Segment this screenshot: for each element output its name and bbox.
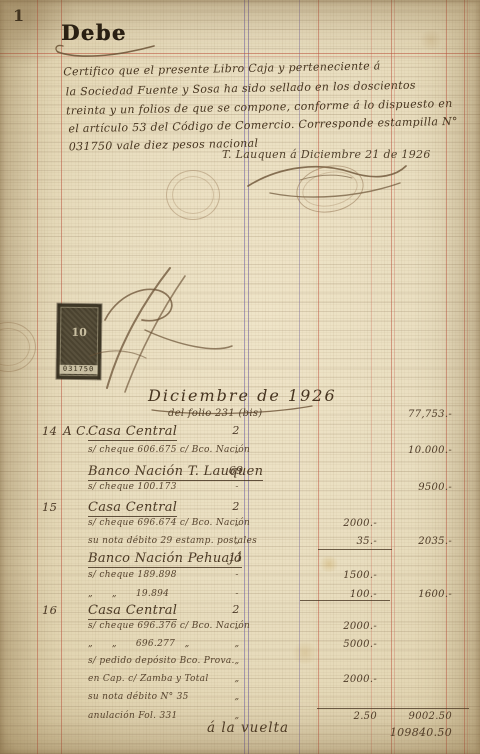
entry-folio: 69 <box>227 464 245 477</box>
ledger-row: s/ cheque 189.898 - 1500.- <box>0 570 480 588</box>
ledger-row: 14 A C. Casa Central 2 <box>0 424 480 442</box>
ledger-row: s/ cheque 100.173 - 9500.- <box>0 482 480 500</box>
certification-text: Certifico que el presente Libro Caja y p… <box>0 0 480 5</box>
entry-date: 15 <box>42 500 57 514</box>
ledger-row: s/ pedido depósito Bco. Prova. „ <box>0 656 480 674</box>
entry-amount: 35.- <box>305 536 377 547</box>
ditto-mark: „ <box>230 639 244 649</box>
entry-amount: 5000.- <box>305 639 377 650</box>
page-number: 1 <box>13 6 24 25</box>
entry-account: Casa Central <box>88 424 177 441</box>
title-flourish <box>52 40 167 60</box>
ledger-row: s/ cheque 696.376 c/ Bco. Nación „ 2000.… <box>0 621 480 639</box>
round-ink-stamp <box>166 170 220 220</box>
opening-balance: 77,753.- <box>384 409 452 420</box>
entry-detail: s/ pedido depósito Bco. Prova. <box>88 656 235 666</box>
entry-amount: 2000.- <box>305 674 377 685</box>
ledger-row: Banco Nación T. Lauquen 69 <box>0 464 480 482</box>
ledger-row: „ „ 696.277 „ „ 5000.- <box>0 639 480 657</box>
ledger-row: en Cap. c/ Zamba y Total „ 2000.- <box>0 674 480 692</box>
ditto-mark: „ <box>230 656 244 666</box>
ledger-row: Banco Nación Pehuajó 11 <box>0 551 480 569</box>
entry-account: Casa Central <box>88 500 177 517</box>
ditto-mark: - <box>230 570 244 580</box>
ditto-mark: „ <box>230 536 244 546</box>
ledger-row: 16 Casa Central 2 <box>0 603 480 621</box>
entry-subtotal: 1600.- <box>384 589 452 600</box>
folio-note: del folio 231 (bis) <box>168 408 263 419</box>
ledger-row: s/ cheque 606.675 c/ Bco. Nación „ 10.00… <box>0 445 480 463</box>
entry-amount: 2000.- <box>305 621 377 632</box>
sum-line <box>318 549 392 550</box>
entry-folio: 2 <box>227 424 245 437</box>
entry-folio: 2 <box>227 500 245 513</box>
ditto-mark: „ <box>230 674 244 684</box>
entry-detail: en Cap. c/ Zamba y Total <box>88 674 209 684</box>
entry-detail: s/ cheque 100.173 <box>88 482 177 492</box>
entry-amount: 1500.- <box>305 570 377 581</box>
entry-detail: s/ cheque 189.898 <box>88 570 177 580</box>
entry-ref: A C. <box>63 424 89 438</box>
ledger-row: s/ cheque 696.674 c/ Bco. Nación „ 2000.… <box>0 518 480 536</box>
entry-folio: 2 <box>227 603 245 616</box>
ledger-row: 15 Casa Central 2 <box>0 500 480 518</box>
ditto-mark: - <box>230 589 244 599</box>
certification-line: Certifico que el presente Libro Caja y p… <box>63 59 381 78</box>
entry-account: Banco Nación Pehuajó <box>88 551 242 568</box>
entry-subtotal: 2035.- <box>384 536 452 547</box>
entry-date: 14 <box>42 424 57 438</box>
entry-account: Casa Central <box>88 603 177 620</box>
certification-line: el artículo 53 del Código de Comercio. C… <box>68 115 458 135</box>
entry-subtotal: 9002.50 <box>384 711 452 722</box>
entry-amount: 100.- <box>305 589 377 600</box>
entry-folio: 11 <box>227 551 245 564</box>
entry-amount: 9500.- <box>384 482 452 493</box>
stamp-signature-flourish <box>50 260 240 398</box>
ditto-mark: „ <box>230 445 244 455</box>
ditto-mark: - <box>230 482 244 492</box>
ditto-mark: „ <box>230 621 244 631</box>
entry-amount: 2000.- <box>305 518 377 529</box>
entry-amount: 2.50 <box>305 711 377 722</box>
entry-amount: 10.000.- <box>384 445 452 456</box>
total-line <box>317 708 469 709</box>
entry-date: 16 <box>42 603 57 617</box>
entry-detail: su nota débito N° 35 <box>88 692 189 702</box>
entry-detail: s/ cheque 696.674 c/ Bco. Nación <box>88 518 250 528</box>
ditto-mark: „ <box>230 518 244 528</box>
sum-line <box>300 600 390 601</box>
entry-detail: „ „ 696.277 „ <box>88 639 190 649</box>
partial-round-stamp <box>0 322 36 372</box>
entry-detail: s/ cheque 696.376 c/ Bco. Nación <box>88 621 250 631</box>
month-header: Diciembre de 1926 <box>148 386 337 405</box>
ditto-mark: „ <box>230 692 244 702</box>
fox-spot <box>418 30 444 50</box>
carry-forward-label: á la vuelta <box>207 720 289 736</box>
carry-forward-total: 109840.50 <box>384 726 452 739</box>
certification-line: la Sociedad Fuente y Sosa ha sido sellad… <box>66 79 416 99</box>
entry-detail: anulación Fol. 331 <box>88 711 178 721</box>
entry-detail: „ „ 19.894 <box>88 589 169 599</box>
entry-detail: s/ cheque 606.675 c/ Bco. Nación <box>88 445 250 455</box>
ledger-page: 1 Debe Certifico que el presente Libro C… <box>0 0 480 754</box>
